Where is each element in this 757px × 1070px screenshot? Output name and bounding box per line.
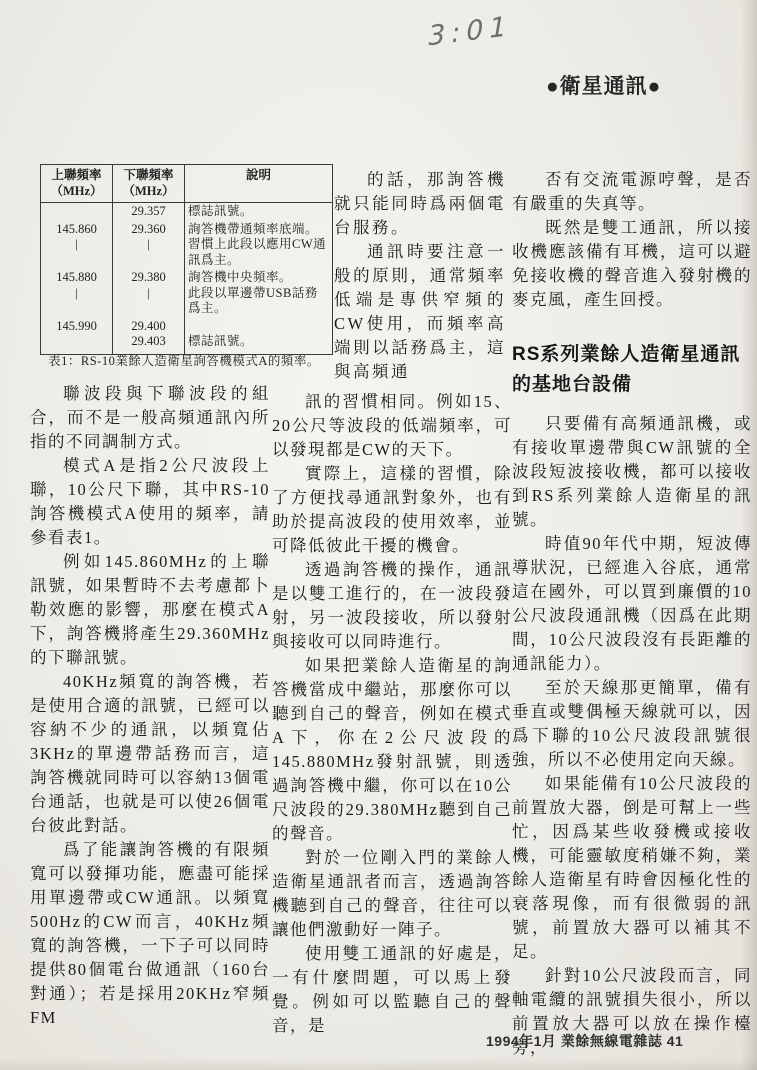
paragraph: 例如145.860MHz的上聯訊號，如果暫時不去考慮都卜勒效應的影響，那麼在模式… bbox=[30, 550, 270, 670]
section-heading: RS系列業餘人造衛星通訊的基地台設備 bbox=[512, 340, 750, 400]
table-header-row: 上聯頻率 （MHz） 下聯頻率 （MHz） 說明 bbox=[41, 165, 333, 203]
scan-shadow-right bbox=[741, 0, 757, 1070]
cell-downlink-frequency: 29.400 29.403 bbox=[113, 318, 185, 355]
frequency-table: 上聯頻率 （MHz） 下聯頻率 （MHz） 說明 29.357 標誌訊號。 14… bbox=[40, 164, 333, 355]
paragraph: 如果能備有10公尺波段的前置放大器，倒是可幫上一些忙，因爲某些收發機或接收機，可… bbox=[512, 772, 752, 964]
table-row: 29.357 標誌訊號。 bbox=[41, 203, 333, 221]
table-row: 145.990 29.400 29.403 標誌訊號。 bbox=[41, 318, 333, 355]
paragraph: 如果把業餘人造衛星的詢答機當成中繼站，那麼你可以聽到自己的聲音，例如在模式A下，… bbox=[272, 654, 512, 846]
paragraph: 爲了能讓詢答機的有限頻寬可以發揮功能，應盡可能採用單邊帶或CW通訊。以頻寬500… bbox=[30, 838, 270, 1030]
col-header-downlink: 下聯頻率 （MHz） bbox=[113, 165, 185, 203]
text-column-2-upper: 的話，那詢答機就只能同時爲兩個電台服務。通訊時要注意一般的原則，通常頻率低端是專… bbox=[334, 168, 506, 384]
table-row: 145.860 | 29.360 | 詢答機帶通頻率底端。習慣上此段以應用CW通… bbox=[41, 221, 333, 270]
paragraph: 模式A是指2公尺波段上聯，10公尺下聯，其中RS-10詢答機模式A使用的頻率，請… bbox=[30, 454, 270, 550]
text-column-3-lower: 只要備有高頻通訊機，或有接收單邊帶與CW訊號的全波段短波接收機，都可以接收到RS… bbox=[512, 412, 752, 1060]
table-caption: 表1：RS-10業餘人造衛星詢答機模式A的頻率。 bbox=[34, 351, 334, 369]
cell-description: 詢答機中央頻率。 此段以單邊帶USB話務爲主。 bbox=[185, 269, 333, 318]
frequency-table-container: 上聯頻率 （MHz） 下聯頻率 （MHz） 說明 29.357 標誌訊號。 14… bbox=[40, 164, 332, 355]
cell-description: 標誌訊號。 bbox=[185, 318, 333, 355]
cell-downlink-frequency: 29.357 bbox=[113, 203, 185, 221]
cell-description: 詢答機帶通頻率底端。習慣上此段以應用CW通訊爲主。 bbox=[185, 221, 333, 270]
paragraph: 通訊時要注意一般的原則，通常頻率低端是專供窄頻的CW使用，而頻率高端則以話務爲主… bbox=[334, 240, 506, 384]
cell-uplink-frequency: 145.860 | bbox=[41, 221, 113, 270]
text-column-3-upper: 否有交流電源哼聲，是否有嚴重的失真等。既然是雙工通訊，所以接收機應該備有耳機，這… bbox=[512, 168, 752, 312]
paragraph: 只要備有高頻通訊機，或有接收單邊帶與CW訊號的全波段短波接收機，都可以接收到RS… bbox=[512, 412, 752, 532]
text-column-1: 聯波段與下聯波段的組合，而不是一般高頻通訊內所指的不同調制方式。模式A是指2公尺… bbox=[30, 382, 270, 1030]
table-row: 145.880 | 29.380 | 詢答機中央頻率。 此段以單邊帶USB話務爲… bbox=[41, 269, 333, 318]
section-badge: ●衛星通訊● bbox=[546, 70, 676, 100]
paragraph: 時值90年代中期，短波傳導狀況，已經進入谷底，通常這在國外，可以買到廉價的10公… bbox=[512, 532, 752, 676]
paragraph: 否有交流電源哼聲，是否有嚴重的失真等。 bbox=[512, 168, 752, 216]
col-header-description: 說明 bbox=[185, 165, 333, 203]
handwritten-note: 3:01 bbox=[428, 11, 513, 52]
paragraph: 訊的習慣相同。例如15、20公尺等波段的低端頻率，可以發現都是CW的天下。 bbox=[272, 390, 512, 462]
col-header-uplink: 上聯頻率 （MHz） bbox=[41, 165, 113, 203]
paragraph: 對於一位剛入門的業餘人造衛星通訊者而言，透過詢答機聽到自己的聲音，往往可以讓他們… bbox=[272, 846, 512, 942]
cell-description: 標誌訊號。 bbox=[185, 203, 333, 221]
cell-downlink-frequency: 29.360 | bbox=[113, 221, 185, 270]
paragraph: 至於天線那更簡單，備有垂直或雙偶極天線就可以，因爲下聯的10公尺波段訊號很強，所… bbox=[512, 676, 752, 772]
paragraph: 的話，那詢答機就只能同時爲兩個電台服務。 bbox=[334, 168, 506, 240]
paragraph: 既然是雙工通訊，所以接收機應該備有耳機，這可以避免接收機的聲音進入發射機的麥克風… bbox=[512, 216, 752, 312]
text-column-2: 訊的習慣相同。例如15、20公尺等波段的低端頻率，可以發現都是CW的天下。實際上… bbox=[272, 390, 512, 1038]
page-footer: 1994年1月 業餘無線電雜誌 41 bbox=[486, 1031, 683, 1051]
cell-uplink-frequency: 145.990 bbox=[41, 318, 113, 355]
paragraph: 40KHz頻寬的詢答機，若是使用合適的訊號，已經可以容納不少的通訊，以頻寬佔3K… bbox=[30, 670, 270, 838]
magazine-page: 3:01 ●衛星通訊● 上聯頻率 （MHz） 下聯頻率 （MHz） 說明 29.… bbox=[0, 0, 757, 1070]
cell-downlink-frequency: 29.380 | bbox=[113, 269, 185, 318]
paragraph: 實際上，這樣的習慣，除了方便找尋通訊對象外，也有助於提高波段的使用效率，並可降低… bbox=[272, 462, 512, 558]
scan-shadow-bottom bbox=[0, 1058, 757, 1070]
paragraph: 聯波段與下聯波段的組合，而不是一般高頻通訊內所指的不同調制方式。 bbox=[30, 382, 270, 454]
paragraph: 使用雙工通訊的好處是，一有什麼問題，可以馬上發覺。例如可以監聽自己的聲音，是 bbox=[272, 942, 512, 1038]
cell-uplink-frequency: 145.880 | bbox=[41, 269, 113, 318]
paragraph: 透過詢答機的操作，通訊是以雙工進行的，在一波段發射，另一波段接收，所以發射與接收… bbox=[272, 558, 512, 654]
cell-uplink-frequency bbox=[41, 203, 113, 221]
